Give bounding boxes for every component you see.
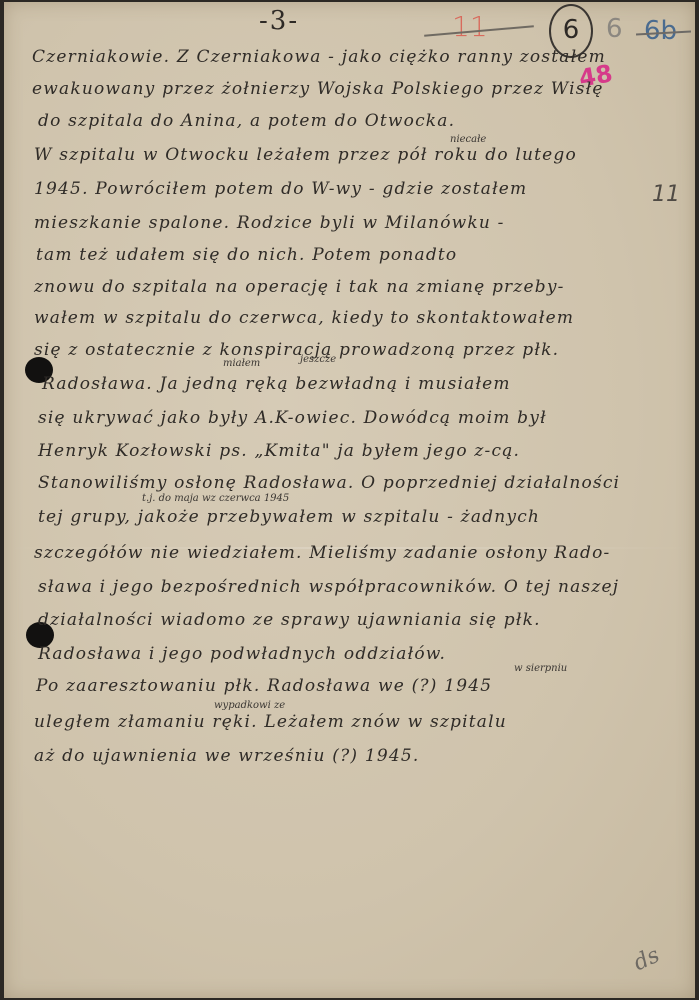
handwritten-line: się ukrywać jako były A.K-owiec. Dowódcą…: [38, 408, 547, 428]
handwritten-line: 1945. Powróciłem potem do W-wy - gdzie z…: [34, 179, 527, 199]
handwritten-line: sława i jego bezpośrednich współpracowni…: [38, 577, 619, 597]
handwritten-line: Czerniakowie. Z Czerniakowa - jako ciężk…: [32, 47, 606, 67]
handwritten-line: wałem w szpitalu do czerwca, kiedy to sk…: [34, 308, 574, 328]
inserted-word: niecałe: [450, 134, 486, 145]
archive-mark-margin: 11: [652, 182, 680, 207]
inserted-word: wypadkowi ze: [214, 700, 285, 711]
handwritten-line: się z ostatecznie z konspiracją prowadzo…: [34, 340, 559, 360]
handwritten-line: do szpitala do Anina, a potem do Otwocka…: [38, 111, 455, 131]
handwritten-line: Radosława i jego podwładnych oddziałów.: [38, 644, 446, 664]
handwritten-line: Radosława. Ja jedną ręką bezwładną i mus…: [42, 374, 511, 394]
handwritten-line: znowu do szpitala na operację i tak na z…: [34, 277, 565, 297]
archive-mark-grey: 6: [606, 14, 623, 44]
handwritten-line: Henryk Kozłowski ps. „Kmita" ja byłem je…: [38, 441, 520, 461]
handwritten-line: Po zaaresztowaniu płk. Radosława we (?) …: [36, 676, 492, 696]
handwritten-line: mieszkanie spalone. Rodzice byli w Milan…: [34, 213, 505, 233]
handwritten-line: Stanowiliśmy osłonę Radosława. O poprzed…: [38, 473, 620, 493]
inserted-word: t.j. do maja wz czerwca 1945: [142, 493, 289, 504]
page-number: -3-: [259, 6, 299, 36]
handwritten-line: tej grupy, jakoże przebywałem w szpitalu…: [38, 507, 540, 527]
inserted-word: w sierpniu: [514, 663, 567, 674]
signature: ds: [630, 943, 664, 976]
handwritten-line: aż do ujawnienia we wrześniu (?) 1945.: [34, 746, 420, 766]
handwritten-line: szczegółów nie wiedziałem. Mieliśmy zada…: [34, 543, 611, 563]
inserted-word: jeszcze: [300, 354, 336, 365]
inserted-word: miałem: [223, 358, 260, 369]
archive-mark-red: 11: [452, 10, 488, 43]
handwritten-line: ewakuowany przez żołnierzy Wojska Polski…: [32, 79, 604, 99]
handwritten-line: uległem złamaniu ręki. Leżałem znów w sz…: [34, 712, 507, 732]
handwritten-line: działalności wiadomo ze sprawy ujawniani…: [38, 610, 541, 630]
document-page: -3- 11 6 6 6b 48 11 Czerniakowie. Z Czer…: [4, 2, 695, 998]
handwritten-line: W szpitalu w Otwocku leżałem przez pół r…: [34, 145, 577, 165]
handwritten-line: tam też udałem się do nich. Potem ponadt…: [36, 245, 457, 265]
